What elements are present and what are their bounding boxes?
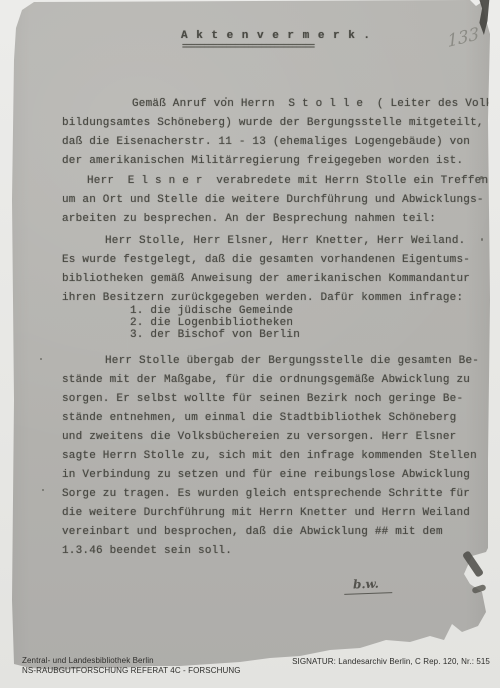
text-line: arbeiten zu besprechen. An der Besprechu… (62, 210, 495, 229)
archive-stamp-line2: NS-RAUBGUTFORSCHUNG REFERAT 4C - FORSCHU… (22, 666, 241, 676)
text-line: die weitere Durchführung mit Herrn Knett… (62, 504, 479, 523)
list-item: 3. der Bischof von Berlin (130, 329, 300, 341)
text-line: in Verbindung zu setzen und für eine rei… (62, 466, 479, 485)
text-line: Gemäß Anruf von Herrn S t o l l e ( Leit… (62, 95, 500, 114)
text-line: Herr Stolle übergab der Bergungsstelle d… (62, 352, 479, 371)
text-line: sagte Herrn Stolle zu, sich mit den infr… (62, 447, 479, 466)
archive-stamp-left: Zentral- und Landesbibliothek Berlin NS-… (22, 656, 241, 675)
text-line: sorgen. Er selbst wollte für seinen Bezi… (62, 390, 479, 409)
paper-speck (480, 176, 483, 179)
paragraph: Herr Stolle, Herr Elsner, Herr Knetter, … (62, 232, 470, 308)
paper-speck (225, 97, 227, 99)
text-line: daß die Eisenacherstr. 11 - 13 (ehemalig… (62, 133, 500, 152)
text-line: der amerikanischen Militärregierung frei… (62, 152, 500, 171)
paragraph: Gemäß Anruf von Herrn S t o l l e ( Leit… (62, 95, 500, 171)
text-line: Es wurde festgelegt, daß die gesamten vo… (62, 251, 470, 270)
handwritten-bw-note: b.w. (344, 576, 392, 595)
document-title: A k t e n v e r m e r k . (181, 30, 371, 42)
archive-stamp-line1: Zentral- und Landesbibliothek Berlin (22, 656, 241, 666)
text-line: 1.3.46 beendet sein soll. (62, 542, 479, 561)
text-line: und zweitens die Volksbüchereien zu vers… (62, 428, 479, 447)
text-line: stände mit der Maßgabe, für die ordnungs… (62, 371, 479, 390)
paper-speck (40, 358, 42, 360)
text-line: Sorge zu tragen. Es wurden gleich entspr… (62, 485, 479, 504)
archive-signatur: SIGNATUR: Landesarchiv Berlin, C Rep. 12… (292, 657, 490, 666)
list-item: 1. die jüdische Gemeinde (130, 305, 300, 317)
text-line: bildungsamtes Schöneberg) wurde der Berg… (62, 114, 500, 133)
paragraph: Herr Stolle übergab der Bergungsstelle d… (62, 352, 479, 561)
text-line: vereinbart und besprochen, daß die Abwic… (62, 523, 479, 542)
numbered-list: 1. die jüdische Gemeinde2. die Logenbibl… (130, 305, 300, 341)
document-page: A k t e n v e r m e r k . ==============… (0, 0, 500, 688)
paragraph: Herr E l s n e r verabredete mit Herrn S… (62, 172, 495, 229)
handwritten-folio-number: 133 (447, 24, 480, 52)
text-line: um an Ort und Stelle die weitere Durchfü… (62, 191, 495, 210)
text-line: Herr Stolle, Herr Elsner, Herr Knetter, … (62, 232, 470, 251)
list-item: 2. die Logenbibliotheken (130, 317, 300, 329)
title-underline: ============================== (182, 42, 336, 52)
text-line: bibliotheken gemäß Anweisung der amerika… (62, 270, 470, 289)
text-line: stände entnehmen, um einmal die Stadtbib… (62, 409, 479, 428)
paper-speck (42, 489, 44, 491)
text-line: Herr E l s n e r verabredete mit Herrn S… (62, 172, 495, 191)
paper-speck (481, 238, 483, 241)
